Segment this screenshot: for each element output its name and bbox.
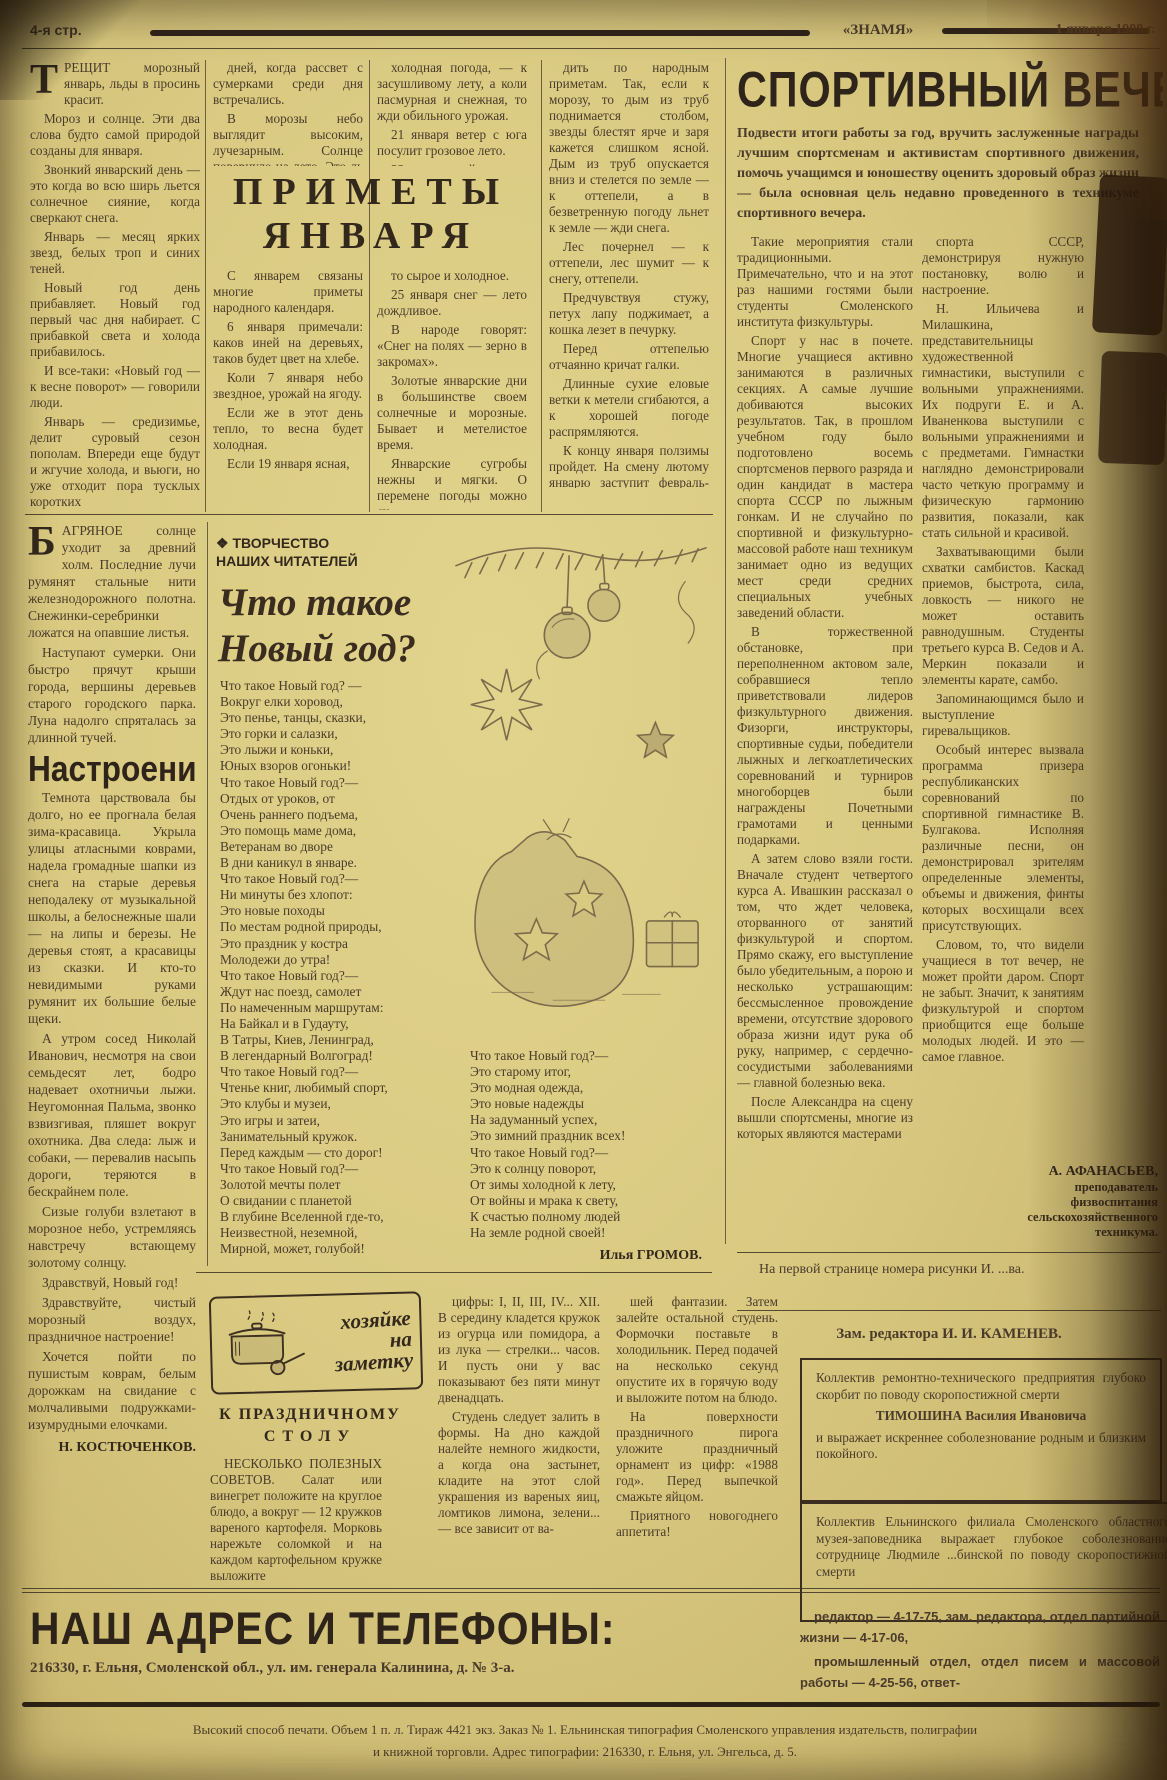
primety-headline-line1: ПРИМЕТЫ [213, 170, 529, 214]
fold-dark-graphic [1098, 351, 1167, 465]
frost-article-col1: ТРЕЩИТ морозный январь, льды в просинь к… [30, 60, 200, 512]
mood-article: БАГРЯНОЕ солнце уходит за древний холм. … [28, 522, 196, 1592]
sport-byline: А. АФАНАСЬЕВ, [930, 1164, 1158, 1180]
sport-byline-role: преподаватель физвоспитания сельскохозяй… [930, 1180, 1158, 1240]
tips-headline-line1: К ПРАЗДНИЧНОМУ [204, 1404, 416, 1426]
tips-headline: К ПРАЗДНИЧНОМУ СТОЛУ [204, 1404, 416, 1448]
issue-date: 1 января 1988 г. [990, 22, 1155, 38]
poetry-kicker-line2: НАШИХ ЧИТАТЕЛЕЙ [216, 552, 416, 570]
sport-lead: Подвести итоги работы за год, вручить за… [737, 124, 1139, 228]
frost-col1-paragraphs: Мороз и солнце. Эти два слова будто само… [30, 111, 200, 510]
header-rule [22, 48, 1160, 49]
new-year-illustration [452, 524, 710, 1040]
column-rule [205, 60, 206, 512]
page-number-label: 4-я стр. [30, 22, 120, 38]
tips-box-script: хозяйке на заметку [304, 1307, 414, 1376]
obituary-name: ТИМОШИНА Василия Ивановича [816, 1408, 1146, 1425]
primety-col-left: С январем связаны многие приметы народно… [213, 268, 363, 510]
sport-headline-text: СПОРТИВНЫЙ ВЕЧЕР [737, 60, 1163, 114]
imprint-line1: Высокий способ печати. Объем 1 п. л. Тир… [100, 1722, 1070, 1738]
poem-column-2: Что такое Новый год?— Это старому итог, … [470, 1048, 702, 1244]
poem-column-1: Что такое Новый год? — Вокруг елки хоров… [220, 678, 458, 1260]
footer-rule-top2 [22, 1592, 1160, 1593]
obituary-text-before: Коллектив ремонтно-технического предприя… [816, 1370, 1146, 1403]
sport-headline: СПОРТИВНЫЙ ВЕЧЕР [737, 60, 1163, 114]
masthead-rule-left [150, 30, 810, 36]
address-line: 216330, г. Ельня, Смоленской обл., ул. и… [30, 1660, 770, 1676]
mood-byline: Н. КОСТЮЧЕНКОВ. [28, 1439, 196, 1456]
frost-article-col3: холодная погода, — к засушливому лету, а… [377, 60, 527, 166]
dropcap-t: Т [30, 63, 58, 97]
newspaper-page: 4-я стр. «ЗНАМЯ» 1 января 1988 г. ТРЕЩИТ… [0, 0, 1167, 1780]
sport-byline-block: А. АФАНАСЬЕВ, преподаватель физвоспитани… [930, 1164, 1158, 1240]
frost-article-col2: дней, когда рассвет с сумерками среди дн… [213, 60, 363, 166]
address-title: НАШ АДРЕС И ТЕЛЕФОНЫ: [30, 1604, 733, 1655]
primety-headline-line2: ЯНВАРЯ [213, 214, 529, 258]
tips-headline-line2: СТОЛУ [204, 1426, 416, 1448]
section-rule [196, 1272, 712, 1273]
poetry-kicker: ❖ ТВОРЧЕСТВО НАШИХ ЧИТАТЕЛЕЙ [216, 534, 416, 570]
mood-intro-paragraphs: Наступают сумерки. Они быстро прячут кры… [28, 644, 196, 746]
mood-headline: Настроение [28, 759, 189, 778]
poem-byline: Илья ГРОМОВ. [470, 1248, 702, 1264]
front-page-note-text: На первой странице номера рисунки И. ...… [745, 1262, 1155, 1278]
poem-headline-line1: Что такое [218, 580, 468, 626]
column-rule [369, 60, 370, 512]
editor-line: Зам. редактора И. И. КАМЕНЕВ. [737, 1326, 1161, 1342]
tips-box: хозяйке на заметку [209, 1291, 423, 1395]
main-column-rule [725, 58, 726, 1244]
primety-col-right: то сырое и холодное.25 января снег — лет… [377, 268, 527, 510]
imprint-line2: и книжной торговли. Адрес типографии: 21… [100, 1744, 1070, 1760]
obituary-text: Коллектив Ельнинского филиала Смоленског… [816, 1514, 1167, 1580]
poem-headline: Что такое Новый год? [218, 580, 468, 672]
sport-lead-text: Подвести итоги работы за год, вручить за… [737, 124, 1139, 224]
phones-block: редактор — 4-17-75, зам. редактора, отде… [800, 1606, 1160, 1698]
tips-col3: шей фантазии. Затем залейте остальной ст… [616, 1294, 778, 1634]
footer-rule-thick [22, 1702, 1160, 1707]
section-rule [737, 1310, 1161, 1311]
masthead-title: «ЗНАМЯ» [818, 22, 938, 38]
dropcap-b: Б [28, 525, 56, 559]
sport-col2: спорта СССР, демонстрируя нужную постано… [922, 234, 1084, 1162]
cooking-pot-icon [219, 1306, 307, 1383]
front-page-note: На первой странице номера рисунки И. ...… [745, 1262, 1155, 1302]
ornament-icon: ❖ [216, 535, 229, 551]
phones-lines: редактор — 4-17-75, зам. редактора, отде… [800, 1606, 1160, 1698]
poetry-kicker-line1: ТВОРЧЕСТВО [232, 535, 329, 551]
obituary-museum: Коллектив Ельнинского филиала Смоленског… [800, 1502, 1167, 1622]
mood-paragraphs: Темнота царствовала бы долго, но ее прог… [28, 789, 196, 1433]
tips-col1: НЕСКОЛЬКО ПОЛЕЗНЫХ СОВЕТОВ. Салат или ви… [210, 1456, 382, 1622]
obituary-text-after: и выражает искреннее соболезнование родн… [816, 1430, 1146, 1463]
primety-col-tail: дить по народным приметам. Так, если к м… [549, 60, 709, 488]
frost-first-paragraph: РЕЩИТ морозный январь, льды в просинь кр… [64, 60, 200, 107]
footer-rule-top [22, 1588, 1160, 1589]
poem-headline-line2: Новый год? [218, 626, 468, 672]
newspaper-photo: { "colors":{"paper":"#d9c981","ink":"#4b… [0, 0, 1167, 1780]
column-rule [541, 60, 542, 512]
tips-col2: цифры: I, II, III, IV... XII. В середину… [438, 1294, 600, 1634]
sport-col1: Такие мероприятия стали традиционными. П… [737, 234, 913, 1244]
section-rule [737, 1252, 1161, 1253]
primety-headline: ПРИМЕТЫ ЯНВАРЯ [213, 170, 529, 258]
center-column-rule [207, 522, 208, 1266]
primety-tail-paragraphs: дить по народным приметам. Так, если к м… [549, 60, 709, 488]
obituary-timoshin: Коллектив ремонтно-технического предприя… [800, 1358, 1162, 1502]
section-rule [25, 514, 713, 515]
